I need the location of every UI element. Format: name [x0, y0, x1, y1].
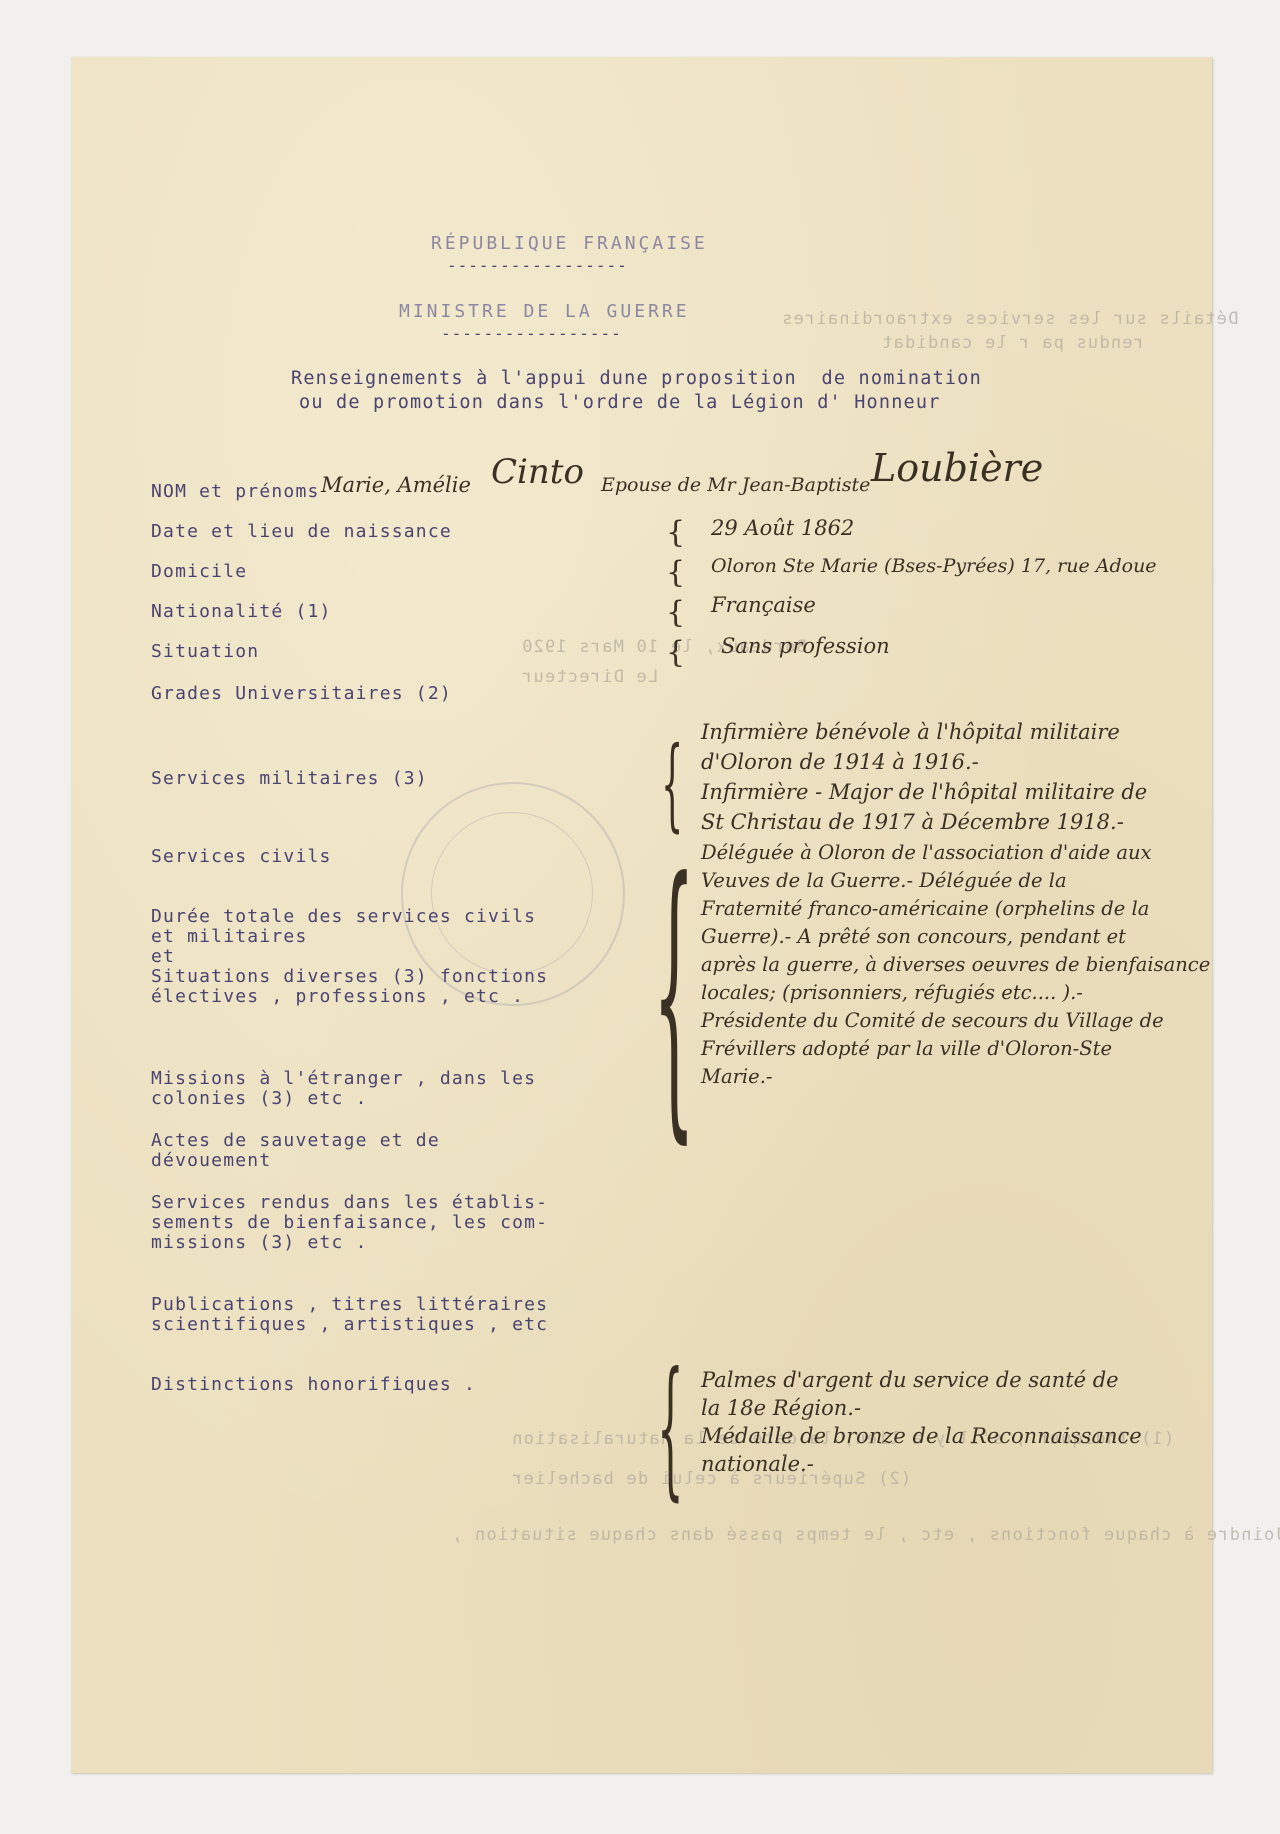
honors-line: Médaille de bronze de la Reconnaissance — [701, 1421, 1142, 1452]
document-title-line2: ou de promotion dans l'ordre de la Légio… — [299, 391, 941, 415]
civil-line: après la guerre, à diverses oeuvres de b… — [701, 949, 1210, 980]
brace: { — [657, 1341, 684, 1515]
value-situation: Sans profession — [721, 631, 890, 662]
bleed-through-line: Le Directeur — [521, 665, 658, 689]
bleed-through-line: rendus pa r le candidat — [881, 331, 1144, 355]
document-title-line1: Renseignements à l'appui dune propositio… — [291, 367, 982, 391]
label-honors: Distinctions honorifiques . — [151, 1373, 476, 1397]
label-military: Services militaires (3) — [151, 767, 428, 791]
value-spouse-surname: Loubière — [871, 453, 1043, 484]
civil-line: Présidente du Comité de secours du Villa… — [701, 1005, 1164, 1036]
brace: { — [666, 515, 685, 550]
value-birth: 29 Août 1862 — [711, 513, 854, 544]
honors-line: nationale.- — [701, 1449, 814, 1480]
label-civil: Services civils — [151, 845, 332, 869]
header-separator: ----------------- — [441, 324, 622, 343]
label-name: NOM et prénoms — [151, 480, 320, 504]
civil-line: Frévillers adopté par la ville d'Oloron-… — [701, 1033, 1112, 1064]
label-missions: colonies (3) etc . — [151, 1087, 368, 1111]
brace: { — [666, 555, 685, 590]
brace: { — [653, 819, 695, 1168]
label-duration: électives , professions , etc . — [151, 985, 524, 1009]
civil-line: Veuves de la Guerre.- Déléguée de la — [701, 865, 1067, 896]
civil-line: Déléguée à Oloron de l'association d'aid… — [701, 837, 1152, 868]
stamp-inner-circle — [431, 812, 593, 974]
label-grades: Grades Universitaires (2) — [151, 682, 452, 706]
bleed-through-line: (3) Joindre à chaque fonctions , etc , l… — [451, 1523, 1280, 1547]
honors-line: la 18e Région.- — [701, 1393, 861, 1424]
military-line: St Christau de 1917 à Décembre 1918.- — [701, 807, 1124, 838]
military-line: Infirmière bénévole à l'hôpital militair… — [701, 717, 1120, 748]
military-line: Infirmière - Major de l'hôpital militair… — [701, 777, 1147, 808]
label-charity: missions (3) etc . — [151, 1231, 368, 1255]
label-nationality: Nationalité (1) — [151, 600, 332, 624]
brace: { — [666, 635, 685, 670]
civil-line: locales; (prisonniers, réfugiés etc.... … — [701, 977, 1083, 1008]
label-situation: Situation — [151, 640, 259, 664]
brace: { — [666, 595, 685, 630]
value-spouse-text: Epouse de Mr Jean-Baptiste — [601, 470, 870, 501]
civil-line: Marie.- — [701, 1061, 772, 1092]
document-page: Détails sur les services extraordinaires… — [71, 57, 1212, 1773]
civil-line: Fraternité franco-américaine (orphelins … — [701, 893, 1149, 924]
header-ministry: MINISTRE DE LA GUERRE — [399, 300, 690, 324]
bleed-through-line: Détails sur les services extraordinaires — [781, 307, 1238, 331]
value-surname: Cinto — [491, 457, 584, 488]
value-nationality: Française — [711, 590, 816, 621]
label-rescue: dévouement — [151, 1149, 271, 1173]
honors-line: Palmes d'argent du service de santé de — [701, 1365, 1119, 1396]
military-line: d'Oloron de 1914 à 1916.- — [701, 747, 979, 778]
value-domicile: Oloron Ste Marie (Bses-Pyrées) 17, rue A… — [711, 551, 1157, 582]
label-domicile: Domicile — [151, 560, 247, 584]
header-republic: RÉPUBLIQUE FRANÇAISE — [431, 232, 708, 256]
label-birth: Date et lieu de naissance — [151, 520, 452, 544]
civil-line: Guerre).- A prêté son concours, pendant … — [701, 921, 1126, 952]
header-separator: ----------------- — [447, 256, 628, 275]
label-publications: scientifiques , artistiques , etc — [151, 1313, 548, 1337]
value-first-names: Marie, Amélie — [321, 470, 471, 501]
